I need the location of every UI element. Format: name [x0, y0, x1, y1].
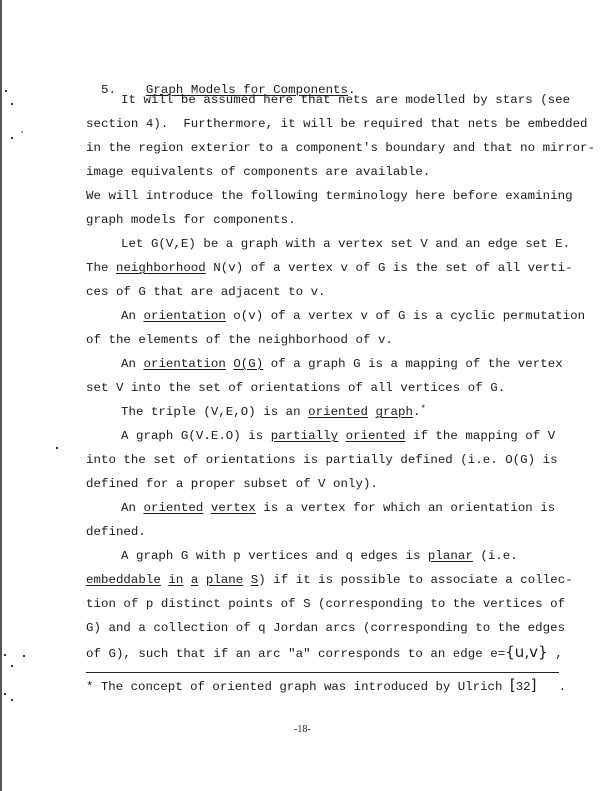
scan-speck	[21, 131, 23, 133]
paragraph-line: We will introduce the following terminol…	[86, 189, 573, 203]
set-braces: {u,v}	[505, 643, 548, 661]
term-oriented: oriented	[308, 405, 368, 419]
footnote-mark: *	[420, 404, 425, 414]
term-oriented: oriented	[346, 429, 406, 443]
term-orientation: orientation	[143, 357, 225, 371]
term-vertex: vertex	[211, 501, 256, 515]
definition-planar: A graph G with p vertices and q edges is…	[121, 549, 518, 563]
term-og: O(G)	[233, 357, 263, 371]
scan-speck	[5, 90, 7, 92]
paragraph-line: defined.	[86, 525, 146, 539]
paragraph-line: of G), such that if an arc "a" correspon…	[86, 645, 563, 661]
paragraph-line: defined for a proper subset of V only).	[86, 477, 378, 491]
scan-speck	[11, 103, 13, 105]
scan-speck	[11, 137, 13, 139]
term-neighborhood: neighborhood	[116, 261, 206, 275]
definition-vertex-orientation: An orientation o(v) of a vertex v of G i…	[121, 309, 585, 323]
citation-ref: 32	[516, 680, 531, 694]
term-planar: planar	[428, 549, 473, 563]
term-orientation: orientation	[143, 309, 225, 323]
paragraph-line: in the region exterior to a component's …	[86, 141, 595, 155]
definition-oriented-vertex: An oriented vertex is a vertex for which…	[121, 501, 555, 515]
definition-partially-oriented: A graph G(V.E.O) is partially oriented i…	[121, 429, 555, 443]
paragraph-line: graph models for components.	[86, 213, 296, 227]
paragraph-line: embeddable in a plane S) if it is possib…	[86, 573, 573, 587]
definition-neighborhood: The neighborhood N(v) of a vertex v of G…	[86, 261, 573, 275]
scan-speck	[11, 699, 13, 701]
scan-speck	[56, 447, 58, 449]
paragraph-line: tion of p distinct points of S (correspo…	[86, 597, 565, 611]
paragraph-line: ces of G that are adjacent to v.	[86, 285, 326, 299]
paragraph-line: Let G(V,E) be a graph with a vertex set …	[121, 237, 570, 251]
term-oriented: oriented	[143, 501, 203, 515]
paragraph-line: It will be assumed here that nets are mo…	[121, 93, 570, 107]
paragraph-line: set V into the set of orientations of al…	[86, 381, 505, 395]
paragraph-line: section 4). Furthermore, it will be requ…	[86, 117, 588, 131]
scan-speck	[4, 654, 6, 656]
paragraph-line: into the set of orientations is partiall…	[86, 453, 558, 467]
scan-speck	[11, 665, 13, 667]
paragraph-line: of the elements of the neighborhood of v…	[86, 333, 393, 347]
scan-speck	[4, 693, 6, 695]
section-number: 5.	[101, 83, 116, 97]
paragraph-line: G) and a collection of q Jordan arcs (co…	[86, 621, 565, 635]
footnote-rule	[86, 672, 559, 673]
term-partially: partially	[271, 429, 338, 443]
definition-oriented-graph: The triple (V,E,O) is an oriented graph.…	[121, 405, 426, 420]
definition-graph-orientation: An orientation O(G) of a graph G is a ma…	[121, 357, 563, 371]
paragraph-line: image equivalents of components are avai…	[86, 165, 430, 179]
term-graph: graph	[376, 405, 413, 419]
scan-edge	[0, 0, 2, 791]
scan-speck	[23, 655, 25, 657]
page-number: -18-	[294, 724, 311, 735]
footnote: * The concept of oriented graph was intr…	[86, 678, 566, 694]
